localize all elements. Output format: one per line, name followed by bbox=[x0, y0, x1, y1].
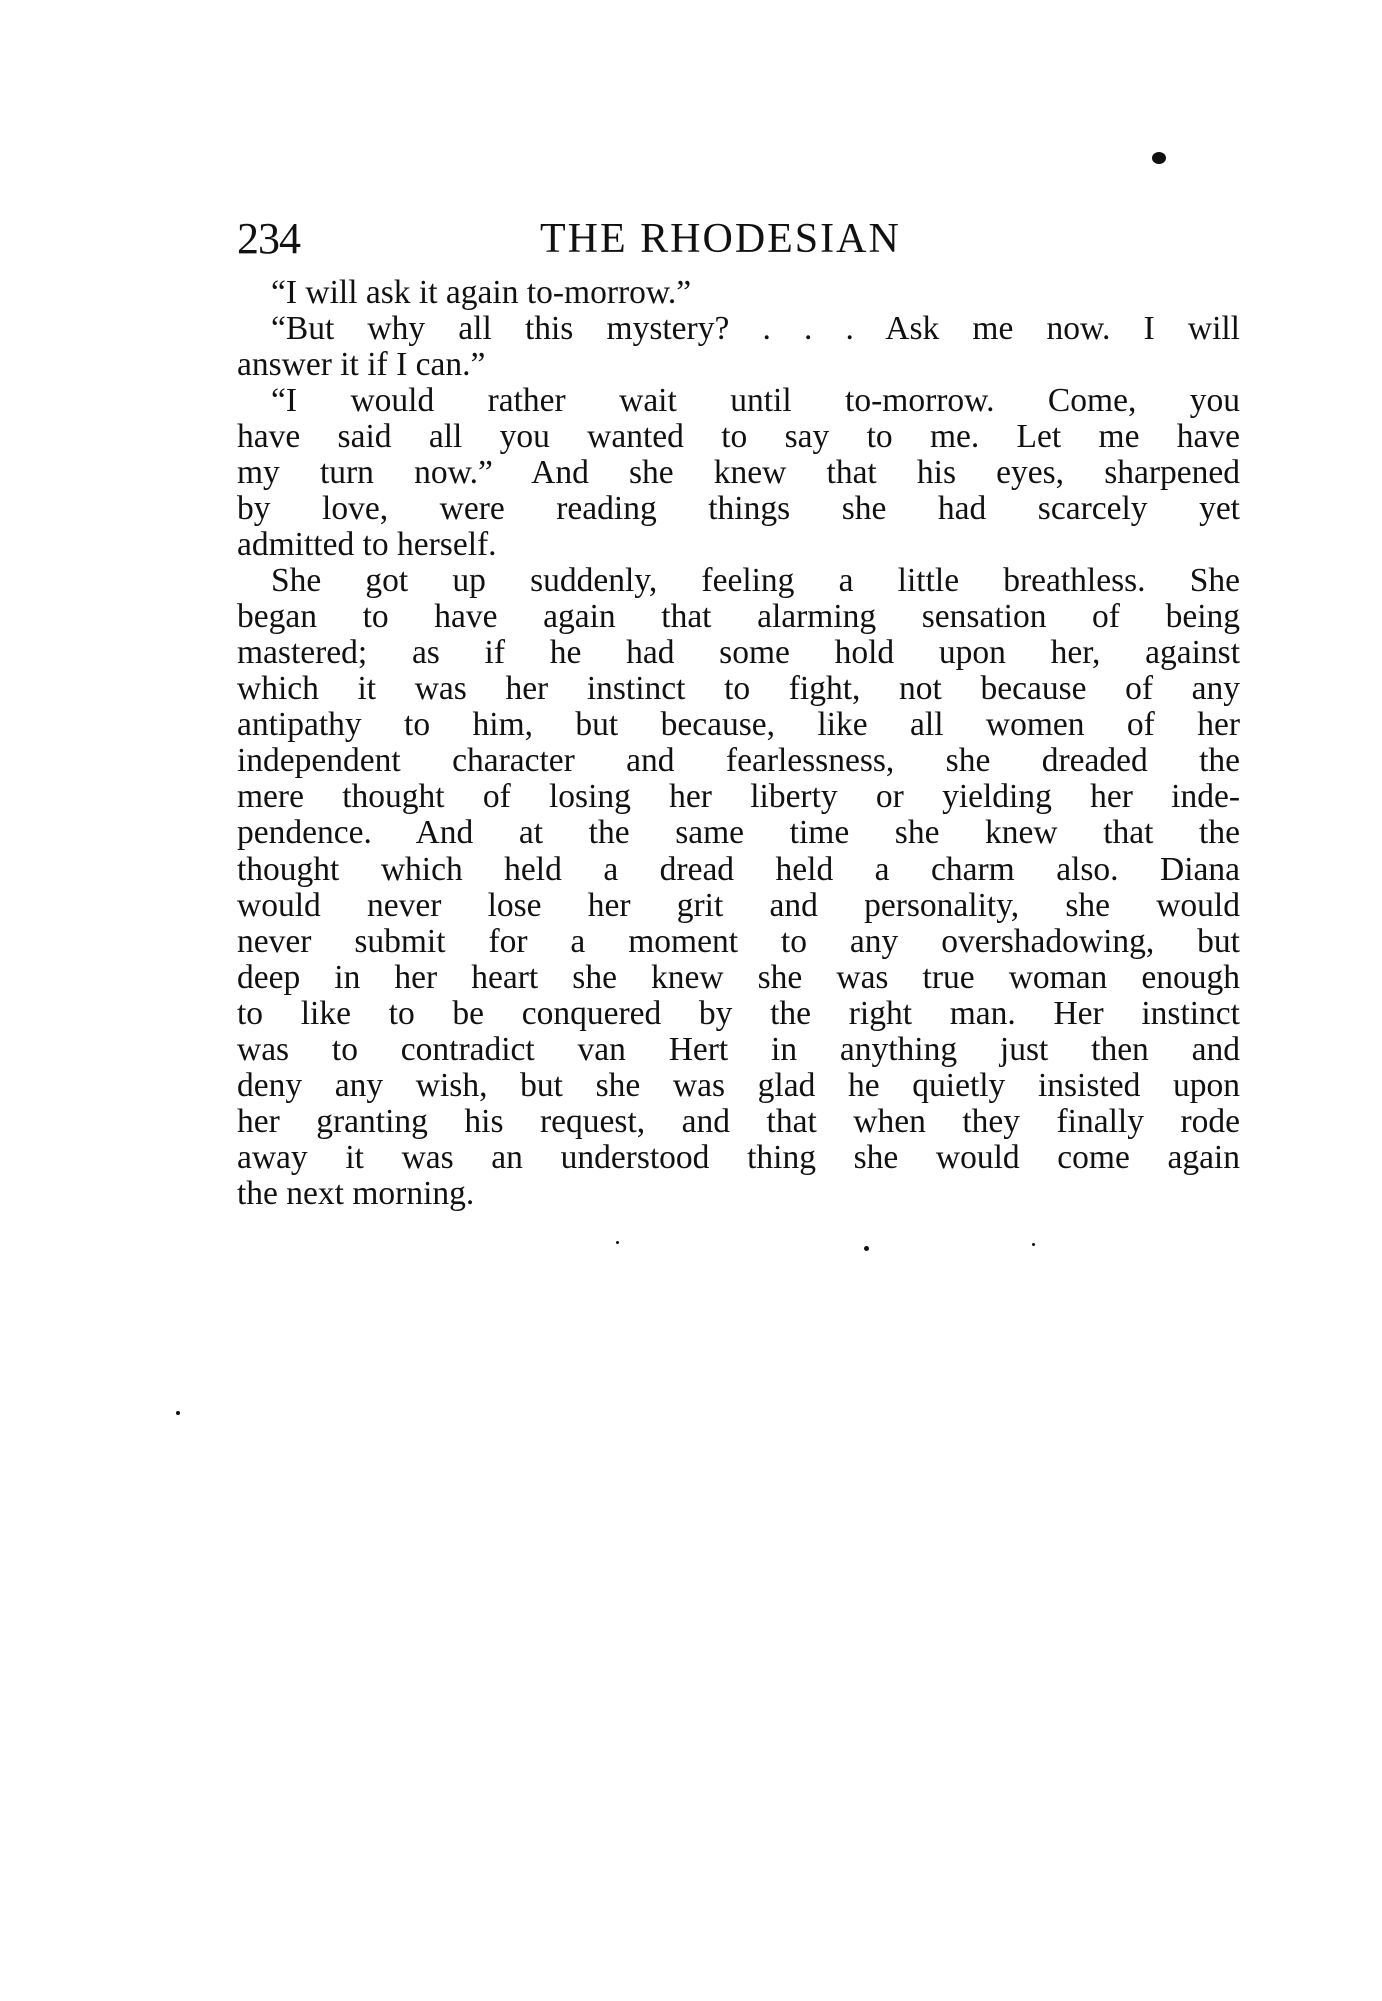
text-line: never submit for a moment to any oversha… bbox=[237, 924, 1240, 960]
text-line: pendence. And at the same time she knew … bbox=[237, 815, 1240, 851]
text-line: was to contradict van Hert in anything j… bbox=[237, 1032, 1240, 1068]
text-line: the next morning. bbox=[237, 1176, 1240, 1212]
text-line: “I would rather wait until to-morrow. Co… bbox=[237, 383, 1240, 419]
text-line: “I will ask it again to-morrow.” bbox=[237, 275, 1240, 311]
text-line: admitted to herself. bbox=[237, 527, 1240, 563]
text-line: mastered; as if he had some hold upon he… bbox=[237, 635, 1240, 671]
text-line: mere thought of losing her liberty or yi… bbox=[237, 779, 1240, 815]
text-line: my turn now.” And she knew that his eyes… bbox=[237, 455, 1240, 491]
text-line: away it was an understood thing she woul… bbox=[237, 1140, 1240, 1176]
page-number: 234 bbox=[237, 216, 300, 262]
scan-speck bbox=[864, 1246, 869, 1251]
text-line: to like to be conquered by the right man… bbox=[237, 996, 1240, 1032]
scan-speck bbox=[616, 1241, 619, 1244]
text-line: answer it if I can.” bbox=[237, 347, 1240, 383]
text-line: by love, were reading things she had sca… bbox=[237, 491, 1240, 527]
body-text: “I will ask it again to-morrow.”“But why… bbox=[237, 275, 1240, 1212]
running-head: 234 THE RHODESIAN bbox=[237, 216, 1240, 262]
scan-speck bbox=[1032, 1243, 1035, 1246]
text-line: have said all you wanted to say to me. L… bbox=[237, 419, 1240, 455]
text-line: “But why all this mystery? . . . Ask me … bbox=[237, 311, 1240, 347]
text-line: her granting his request, and that when … bbox=[237, 1104, 1240, 1140]
text-line: antipathy to him, but because, like all … bbox=[237, 707, 1240, 743]
text-line: would never lose her grit and personalit… bbox=[237, 888, 1240, 924]
text-line: began to have again that alarming sensat… bbox=[237, 599, 1240, 635]
scan-speck bbox=[1152, 152, 1166, 164]
running-title: THE RHODESIAN bbox=[540, 216, 901, 262]
text-line: independent character and fearlessness, … bbox=[237, 743, 1240, 779]
scan-speck bbox=[176, 1411, 180, 1415]
text-line: She got up suddenly, feeling a little br… bbox=[237, 563, 1240, 599]
text-line: thought which held a dread held a charm … bbox=[237, 852, 1240, 888]
text-line: deny any wish, but she was glad he quiet… bbox=[237, 1068, 1240, 1104]
text-line: which it was her instinct to fight, not … bbox=[237, 671, 1240, 707]
text-line: deep in her heart she knew she was true … bbox=[237, 960, 1240, 996]
